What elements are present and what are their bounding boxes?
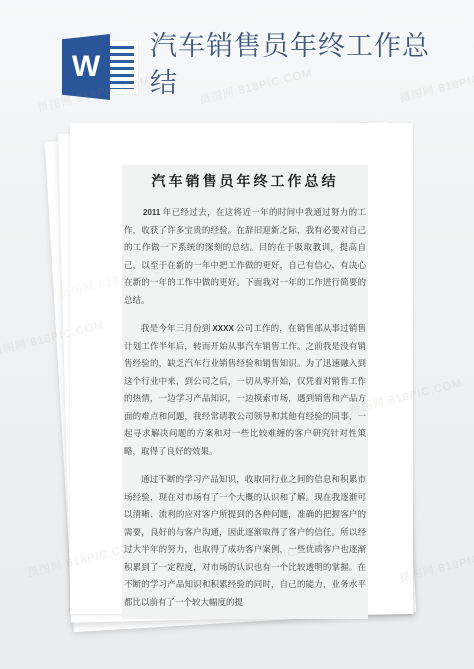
- doc-paragraph: 2011年已经过去，在这将近一年的时间中我通过努力的工作，收获了许多宝贵的经验。…: [124, 204, 366, 309]
- doc-paragraph: 通过不断的学习产品知识，收取同行业之间的信息和积累市场经验，现在对市场有了一个大…: [124, 471, 366, 611]
- text-run: 公司工作的，在销售部从事过销售计划工作半年后，转而开始从事汽车销售工作。之前我是…: [124, 323, 366, 456]
- word-icon-page-lines: [106, 41, 138, 94]
- page-title: 汽车销售员年终工作总结: [150, 28, 446, 102]
- text-run: 我是今年三月份到: [141, 323, 210, 333]
- bold-run: XXXX: [212, 324, 233, 333]
- text-run: 年已经过去，在这将近一年的时间中我通过努力的工作，收获了许多宝贵的经验。在辞旧迎…: [124, 207, 366, 305]
- document-title: 汽车销售员年终工作总结: [124, 171, 366, 191]
- word-icon-cover: W: [62, 34, 110, 100]
- document-content: 汽车销售员年终工作总结 2011年已经过去，在这将近一年的时间中我通过努力的工作…: [122, 165, 368, 619]
- bold-run: 2011: [143, 208, 160, 217]
- doc-paragraph: 我是今年三月份到XXXX公司工作的，在销售部从事过销售计划工作半年后，转而开始从…: [124, 320, 366, 460]
- text-run: 通过不断的学习产品知识，收取同行业之间的信息和积累市场经验，现在对市场有了一个大…: [124, 474, 366, 607]
- document-preview: 汽车销售员年终工作总结 2011年已经过去，在这将近一年的时间中我通过努力的工作…: [70, 123, 413, 614]
- page-canvas: W 汽车销售员年终工作总结 汽车销售员年终工作总结 2011年已经过去，在这将近…: [0, 0, 474, 669]
- word-icon-letter: W: [72, 52, 100, 82]
- word-doc-icon: W: [62, 34, 140, 100]
- doc-paragraphs: 2011年已经过去，在这将近一年的时间中我通过努力的工作，收获了许多宝贵的经验。…: [124, 204, 366, 611]
- page-sheet-front: 汽车销售员年终工作总结 2011年已经过去，在这将近一年的时间中我通过努力的工作…: [70, 123, 413, 614]
